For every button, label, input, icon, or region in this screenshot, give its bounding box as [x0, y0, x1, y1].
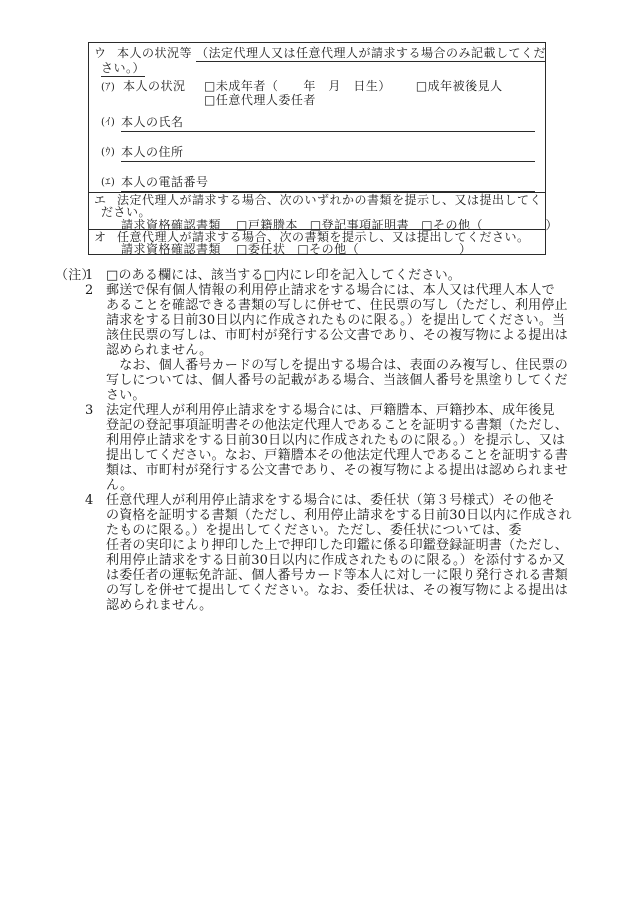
section-e-text1: 法定代理人が請求する場合、次のいずれかの書類を提示し、又は提出してく: [117, 193, 542, 207]
note-line: 任意代理人が利用停止請求をする場合には、委任状（第３号様式）その他そ: [106, 493, 572, 508]
note-line: 認められません。: [106, 598, 572, 613]
note-line: 利用停止請求をする日前30日以内に作成されたものに限る。）を添付するか又: [106, 553, 572, 568]
phone-marker: (ｴ): [101, 176, 121, 192]
note-item-1: 1□のある欄には、該当する□内にレ印を記入してください。: [85, 268, 572, 283]
section-o-docs-label: 請求資格確認書類: [121, 243, 236, 255]
note-line: 登記の登記事項証明書その他法定代理人であることを証明する書類（ただし、: [106, 418, 568, 433]
note-line: 認められません。: [106, 343, 568, 358]
note-line: 郵送で保有個人情報の利用停止請求をする場合には、本人又は代理人本人で: [106, 283, 568, 298]
checkbox-ininjou: □委任状: [236, 242, 285, 256]
note-line: 利用停止請求をする日前30日以内に作成されたものに限る。）を提示し、又は: [106, 433, 568, 448]
section-e-line2: ださい。: [89, 206, 545, 218]
note-item-number: 2: [85, 283, 106, 298]
section-o-marker: オ: [94, 231, 117, 243]
status-line2: □任意代理人委任者: [204, 93, 316, 107]
note-item-4: 4任意代理人が利用停止請求をする場合には、委任状（第３号様式）その他その資格を証…: [85, 493, 572, 613]
note-item-number: 3: [85, 403, 106, 418]
status-label: 本人の状況: [123, 79, 204, 93]
person-phone-field: (ｴ) 本人の電話番号: [101, 176, 535, 192]
note-line: の写しを併せて提出してください。なお、委任状は、その複写物による提出は: [106, 583, 572, 598]
section-o-docs-line: 請求資格確認書類□委任状□その他（ ）: [89, 243, 545, 255]
note-line: の資格を証明する書類（ただし、利用停止請求をする日前30日以内に作成され: [106, 508, 572, 523]
note-item-number: 1: [85, 268, 106, 283]
applicant-info-table: ウ本人の状況等（法定代理人又は任意代理人が請求する場合のみ記載してくだ さい。）…: [88, 42, 546, 255]
section-e-row: エ法定代理人が請求する場合、次のいずれかの書類を提示し、又は提出してく ださい。…: [89, 192, 545, 230]
note-line: ん。: [106, 478, 568, 493]
checkbox-o-other: □その他（ ）: [297, 242, 471, 256]
note-line: □のある欄には、該当する□内にレ印を記入してください。: [106, 268, 461, 283]
section-o-row: オ任意代理人が請求する場合、次の書類を提示し、又は提出してください。 請求資格確…: [89, 229, 545, 254]
section-u-title-note-line1: （法定代理人又は任意代理人が請求する場合のみ記載してくだ: [196, 46, 546, 62]
note-item-number: 4: [85, 493, 106, 508]
checkbox-minor: □未成年者（ 年 月 日生）: [204, 79, 391, 93]
note-line: 法定代理人が利用停止請求をする場合には、戸籍謄本、戸籍抄本、成年後見: [106, 403, 568, 418]
note-line: 請求をする日前30日以内に作成されたものに限る。）を提出してください。当: [106, 313, 568, 328]
person-address-field: (ｳ) 本人の住所: [101, 146, 535, 162]
note-item-body: 法定代理人が利用停止請求をする場合には、戸籍謄本、戸籍抄本、成年後見登記の登記事…: [106, 403, 568, 493]
note-line: あることを確認できる書類の写しに併せて、住民票の写し（ただし、利用停止: [106, 298, 568, 313]
note-item-body: □のある欄には、該当する□内にレ印を記入してください。: [106, 268, 461, 283]
note-line: 類は、市町村が発行する公文書であり、その複写物による提出は認められませ: [106, 463, 568, 478]
note-line: 該住民票の写しは、市町村が発行する公文書であり、その複写物による提出は: [106, 328, 568, 343]
name-underline: 本人の氏名: [121, 116, 535, 132]
note-item-2: 2郵送で保有個人情報の利用停止請求をする場合には、本人又は代理人本人であることを…: [85, 283, 572, 403]
name-marker: (ｲ): [101, 116, 121, 132]
form-page: ウ本人の状況等（法定代理人又は任意代理人が請求する場合のみ記載してくだ さい。）…: [0, 0, 630, 903]
note-item-body: 郵送で保有個人情報の利用停止請求をする場合には、本人又は代理人本人であることを確…: [106, 283, 568, 403]
checkbox-voluntary-delegator: □任意代理人委任者: [204, 93, 316, 107]
note-line: さい。: [106, 388, 568, 403]
address-underline: 本人の住所: [121, 146, 535, 162]
note-item-body: 任意代理人が利用停止請求をする場合には、委任状（第３号様式）その他その資格を証明…: [106, 493, 572, 613]
section-u-heading: ウ本人の状況等（法定代理人又は任意代理人が請求する場合のみ記載してくだ: [94, 46, 546, 60]
person-name-field: (ｲ) 本人の氏名: [101, 116, 535, 132]
notes-section: （注） 1□のある欄には、該当する□内にレ印を記入してください。2郵送で保有個人…: [55, 268, 572, 613]
section-u-marker: ウ: [94, 46, 117, 60]
status-marker: (ｱ): [101, 81, 123, 95]
note-line: 提出してください。なお、戸籍謄本その他法定代理人であることを証明する書: [106, 448, 568, 463]
section-u-title-note-line2: さい。）: [101, 61, 145, 77]
note-line: なお、個人番号カードの写しを提出する場合は、表面のみ複写し、住民票の: [106, 358, 568, 373]
note-item-3: 3法定代理人が利用停止請求をする場合には、戸籍謄本、戸籍抄本、成年後見登記の登記…: [85, 403, 572, 493]
note-line: 任者の実印により押印した上で押印した印鑑に係る印鑑登録証明書（ただし、: [106, 538, 572, 553]
checkbox-adult-ward: □成年被後見人: [416, 79, 503, 93]
notes-label: （注）: [55, 268, 85, 283]
notes-items: 1□のある欄には、該当する□内にレ印を記入してください。2郵送で保有個人情報の利…: [85, 268, 572, 613]
note-line: 写しについては、個人番号の記載がある場合、当該個人番号を黒塗りしてくだ: [106, 373, 568, 388]
note-line: は委任者の運転免許証、個人番号カード等本人に対し一に限り発行される書類: [106, 568, 572, 583]
section-u-heading-wrap: さい。）: [101, 61, 145, 75]
section-u-title: 本人の状況等: [117, 46, 192, 60]
address-marker: (ｳ): [101, 146, 121, 162]
section-e-line1: エ法定代理人が請求する場合、次のいずれかの書類を提示し、又は提出してく: [89, 193, 545, 206]
phone-underline: 本人の電話番号: [121, 176, 535, 192]
note-line: たものに限る。）を提出してください。ただし、委任状については、委: [106, 523, 572, 538]
